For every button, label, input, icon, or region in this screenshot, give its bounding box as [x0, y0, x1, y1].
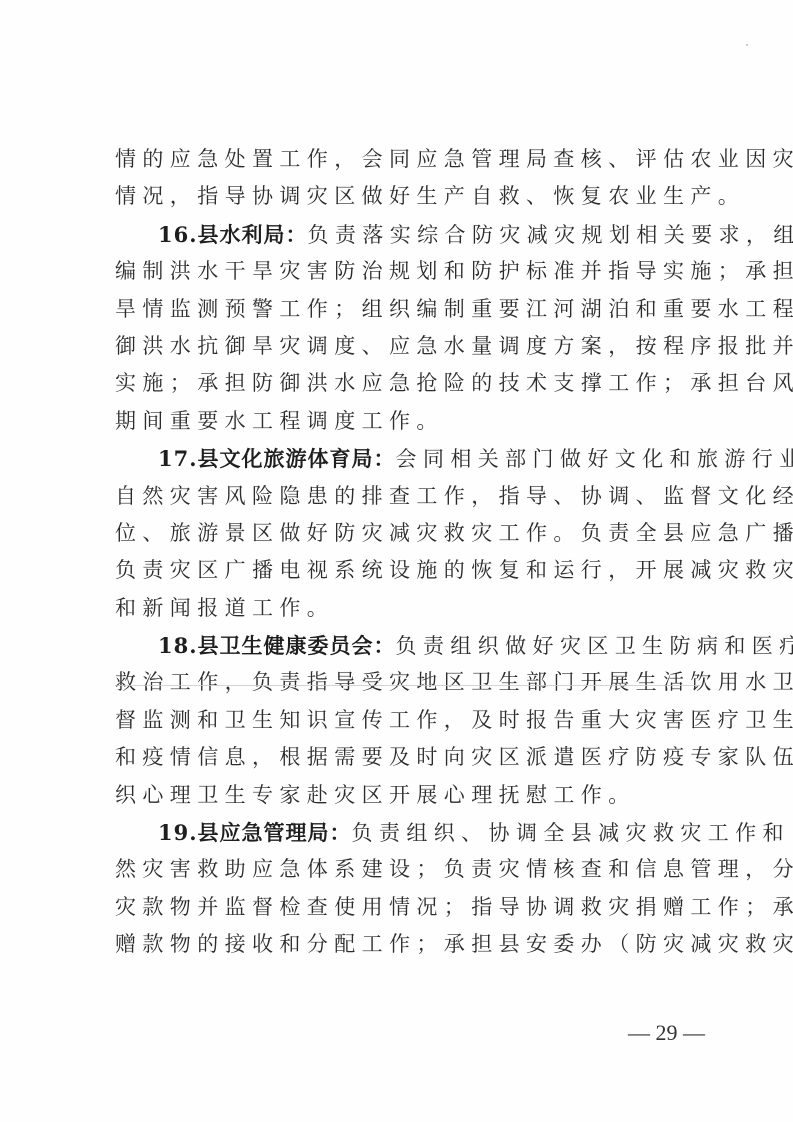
- paragraph-health-commission: 18.县卫生健康委员会：负责组织做好灾区卫生防病和医疗 救治工作，负责指导受灾地…: [115, 627, 698, 814]
- text-line: 然灾害救助应急体系建设；负责灾情核查和信息管理，分配救: [115, 851, 698, 888]
- text-line: 和疫情信息，根据需要及时向灾区派遣医疗防疫专家队伍，组: [115, 739, 698, 776]
- text-line: 期间重要水工程调度工作。: [115, 403, 698, 440]
- text-span: 负责组织、协调全县减灾救灾工作和自: [352, 821, 793, 845]
- text-line: 赠款物的接收和分配工作；承担县安委办（防灾减灾救灾办）: [115, 926, 698, 963]
- section-heading: 18.县卫生健康委员会：: [158, 633, 396, 658]
- scan-speck: [746, 44, 748, 46]
- text-line: 负责灾区广播电视系统设施的恢复和运行，开展减灾救灾宣传: [115, 552, 698, 589]
- section-heading: 19.县应急管理局：: [158, 820, 352, 845]
- text-line: 18.县卫生健康委员会：负责组织做好灾区卫生防病和医疗: [115, 627, 698, 664]
- text-line: 19.县应急管理局：负责组织、协调全县减灾救灾工作和自: [115, 814, 698, 851]
- text-line: 旱情监测预警工作；组织编制重要江河湖泊和重要水工程的防: [115, 291, 698, 328]
- text-line: 16.县水利局：负责落实综合防灾减灾规划相关要求，组织: [115, 216, 698, 253]
- text-line: 实施；承担防御洪水应急抢险的技术支撑工作；承担台风防御: [115, 365, 698, 402]
- text-line: 御洪水抗御旱灾调度、应急水量调度方案，按程序报批并组织: [115, 328, 698, 365]
- text-line: 位、旅游景区做好防灾减灾救灾工作。负责全县应急广播管理，: [115, 515, 698, 552]
- text-line: 和新闻报道工作。: [115, 590, 698, 627]
- text-line: 自然灾害风险隐患的排查工作，指导、协调、监督文化经营单: [115, 478, 698, 515]
- text-line: 救治工作，负责指导受灾地区卫生部门开展生活饮用水卫生监: [115, 664, 698, 701]
- text-line: 情的应急处置工作，会同应急管理局查核、评估农业因灾损失: [115, 141, 698, 178]
- text-line: 灾款物并监督检查使用情况；指导协调救灾捐赠工作；承担捐: [115, 889, 698, 926]
- section-heading: 16.县水利局：: [158, 222, 308, 247]
- paragraph-culture-tourism-sports-bureau: 17.县文化旅游体育局：会同相关部门做好文化和旅游行业 自然灾害风险隐患的排查工…: [115, 440, 698, 627]
- text-span: 负责组织做好灾区卫生防病和医疗: [396, 634, 793, 658]
- section-heading: 17.县文化旅游体育局：: [158, 446, 396, 471]
- text-span: 会同相关部门做好文化和旅游行业: [396, 447, 793, 471]
- text-line: 编制洪水干旱灾害防治规划和防护标准并指导实施；承担水情: [115, 253, 698, 290]
- paragraph-emergency-management-bureau: 19.县应急管理局：负责组织、协调全县减灾救灾工作和自 然灾害救助应急体系建设；…: [115, 814, 698, 964]
- text-span: 负责落实综合防灾减灾规划相关要求，组织: [308, 223, 793, 247]
- text-line: 情况，指导协调灾区做好生产自救、恢复农业生产。: [115, 178, 698, 215]
- text-line: 督监测和卫生知识宣传工作，及时报告重大灾害医疗卫生救援: [115, 702, 698, 739]
- document-page: 情的应急处置工作，会同应急管理局查核、评估农业因灾损失 情况，指导协调灾区做好生…: [0, 0, 793, 1122]
- paragraph-continuation: 情的应急处置工作，会同应急管理局查核、评估农业因灾损失 情况，指导协调灾区做好生…: [115, 141, 698, 216]
- scan-artifact-line: [115, 685, 700, 686]
- text-line: 织心理卫生专家赴灾区开展心理抚慰工作。: [115, 777, 698, 814]
- paragraph-water-bureau: 16.县水利局：负责落实综合防灾减灾规划相关要求，组织 编制洪水干旱灾害防治规划…: [115, 216, 698, 440]
- page-number: — 29 —: [628, 1020, 705, 1046]
- document-body: 情的应急处置工作，会同应急管理局查核、评估农业因灾损失 情况，指导协调灾区做好生…: [115, 141, 698, 964]
- text-line: 17.县文化旅游体育局：会同相关部门做好文化和旅游行业: [115, 440, 698, 477]
